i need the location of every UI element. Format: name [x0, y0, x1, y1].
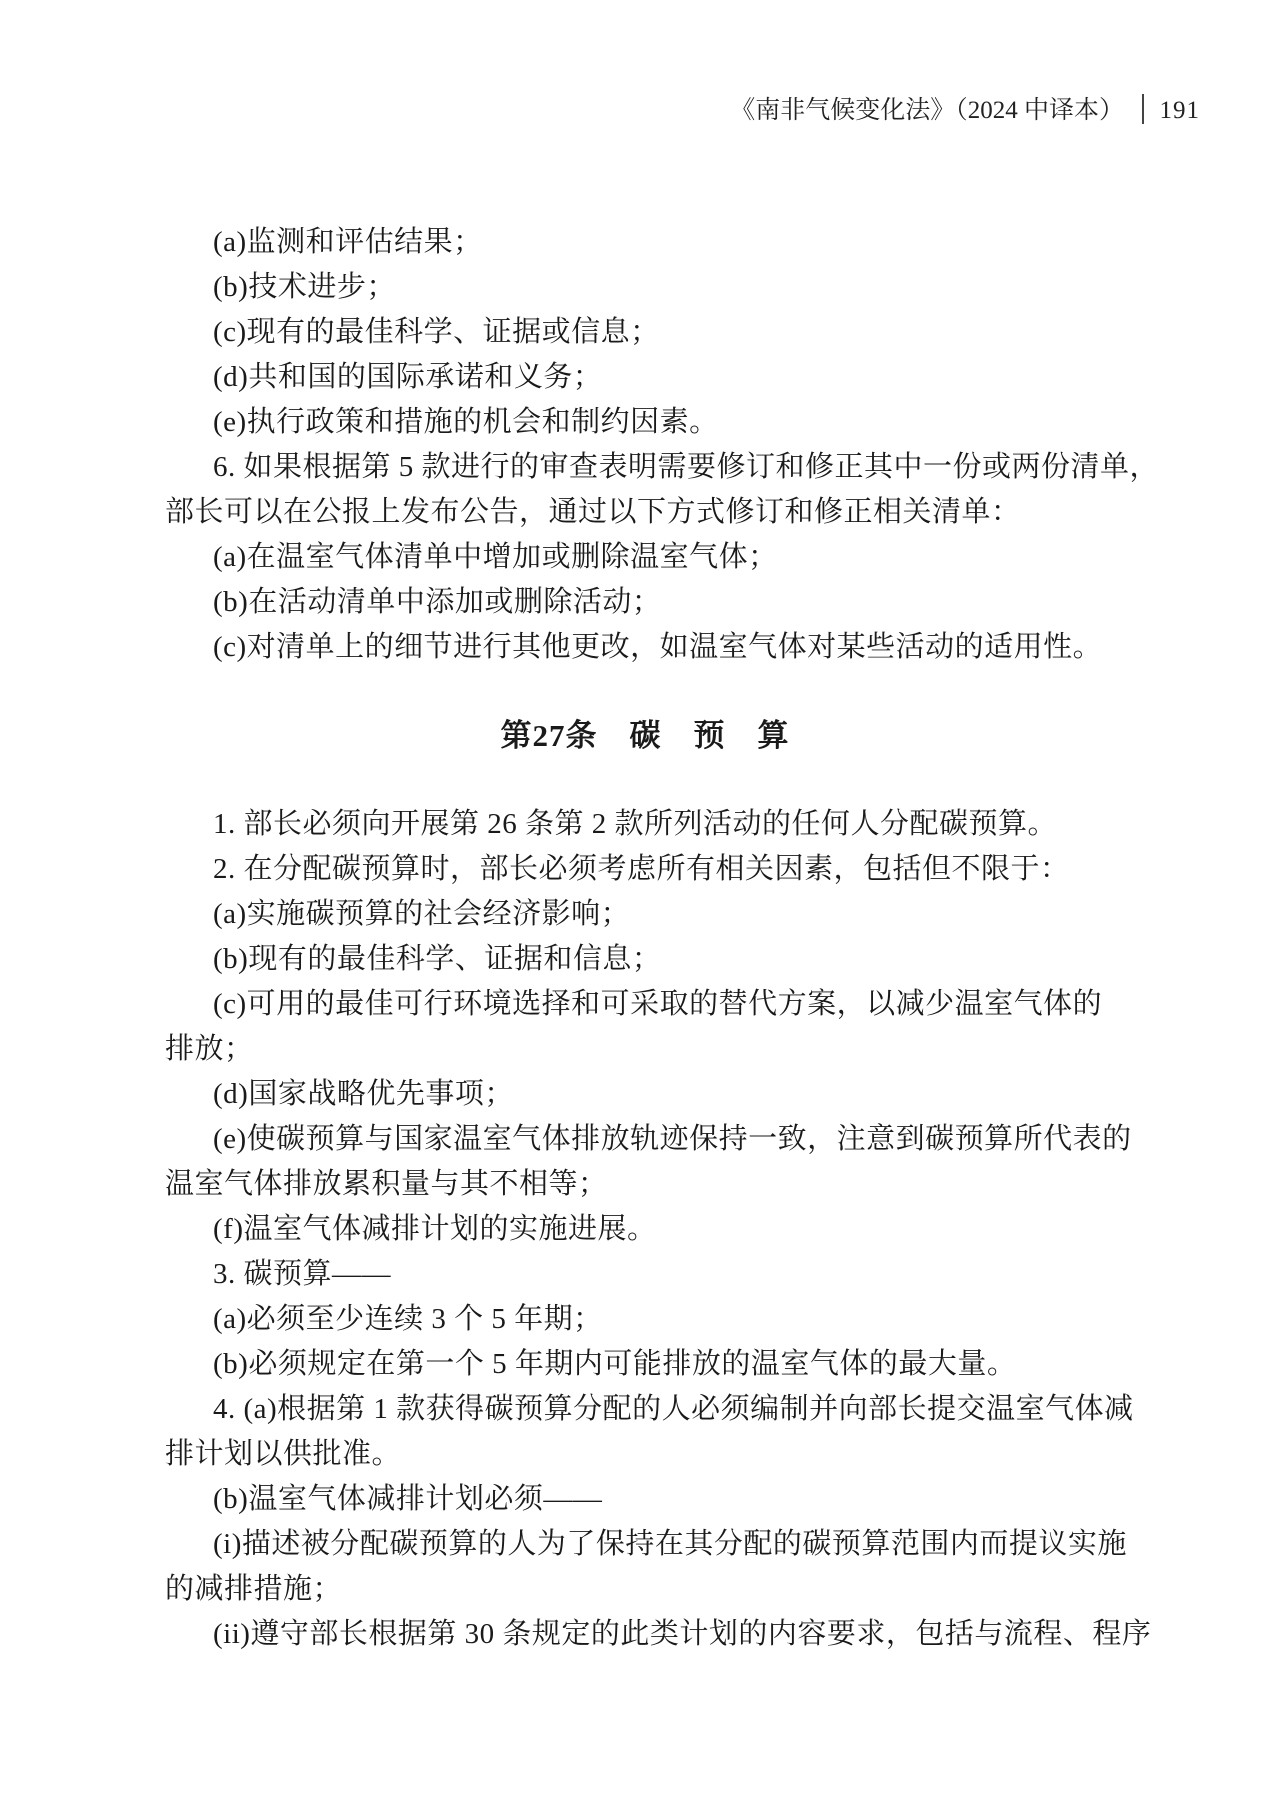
body-text: (a)监测和评估结果； (b)技术进步； (c)现有的最佳科学、证据或信息； (…: [165, 220, 1125, 1657]
text-line: 1. 部长必须向开展第 26 条第 2 款所列活动的任何人分配碳预算。: [165, 802, 1125, 847]
text-line: (ii)遵守部长根据第 30 条规定的此类计划的内容要求，包括与流程、程序: [165, 1612, 1125, 1657]
text-line: (b)现有的最佳科学、证据和信息；: [165, 937, 1125, 982]
text-line: (c)可用的最佳可行环境选择和可采取的替代方案，以减少温室气体的: [165, 982, 1125, 1027]
text-line: (a)在温室气体清单中增加或删除温室气体；: [165, 535, 1125, 580]
text-line: 排放；: [165, 1027, 1125, 1072]
text-line: (a)监测和评估结果；: [165, 220, 1125, 265]
text-line: 的减排措施；: [165, 1567, 1125, 1612]
text-line: (b)必须规定在第一个 5 年期内可能排放的温室气体的最大量。: [165, 1342, 1125, 1387]
text-line: (a)实施碳预算的社会经济影响；: [165, 892, 1125, 937]
text-line: 温室气体排放累积量与其不相等；: [165, 1162, 1125, 1207]
text-line: (d)共和国的国际承诺和义务；: [165, 355, 1125, 400]
text-line: 部长可以在公报上发布公告，通过以下方式修订和修正相关清单：: [165, 490, 1125, 535]
text-line: (c)对清单上的细节进行其他更改，如温室气体对某些活动的适用性。: [165, 625, 1125, 670]
text-line: 4. (a)根据第 1 款获得碳预算分配的人必须编制并向部长提交温室气体减: [165, 1387, 1125, 1432]
document-page: 《南非气候变化法》（2024 中译本）191 (a)监测和评估结果； (b)技术…: [0, 0, 1269, 1804]
text-line: (e)使碳预算与国家温室气体排放轨迹保持一致，注意到碳预算所代表的: [165, 1117, 1125, 1162]
running-header: 《南非气候变化法》（2024 中译本）191: [730, 94, 1200, 128]
text-line: (d)国家战略优先事项；: [165, 1072, 1125, 1117]
text-line: (f)温室气体减排计划的实施进展。: [165, 1207, 1125, 1252]
header-divider: [1142, 94, 1144, 124]
text-line: (a)必须至少连续 3 个 5 年期；: [165, 1297, 1125, 1342]
text-line: (e)执行政策和措施的机会和制约因素。: [165, 400, 1125, 445]
text-line: 2. 在分配碳预算时，部长必须考虑所有相关因素，包括但不限于：: [165, 847, 1125, 892]
text-line: (c)现有的最佳科学、证据或信息；: [165, 310, 1125, 355]
section-heading: 第27条 碳 预 算: [165, 712, 1125, 760]
book-title: 《南非气候变化法》（2024 中译本）: [730, 97, 1124, 124]
text-line: 6. 如果根据第 5 款进行的审查表明需要修订和修正其中一份或两份清单，: [165, 445, 1125, 490]
text-line: (b)在活动清单中添加或删除活动；: [165, 580, 1125, 625]
text-line: (i)描述被分配碳预算的人为了保持在其分配的碳预算范围内而提议实施: [165, 1522, 1125, 1567]
text-line: (b)温室气体减排计划必须——: [165, 1477, 1125, 1522]
page-number: 191: [1160, 97, 1201, 124]
text-line: 排计划以供批准。: [165, 1432, 1125, 1477]
text-line: (b)技术进步；: [165, 265, 1125, 310]
text-line: 3. 碳预算——: [165, 1252, 1125, 1297]
